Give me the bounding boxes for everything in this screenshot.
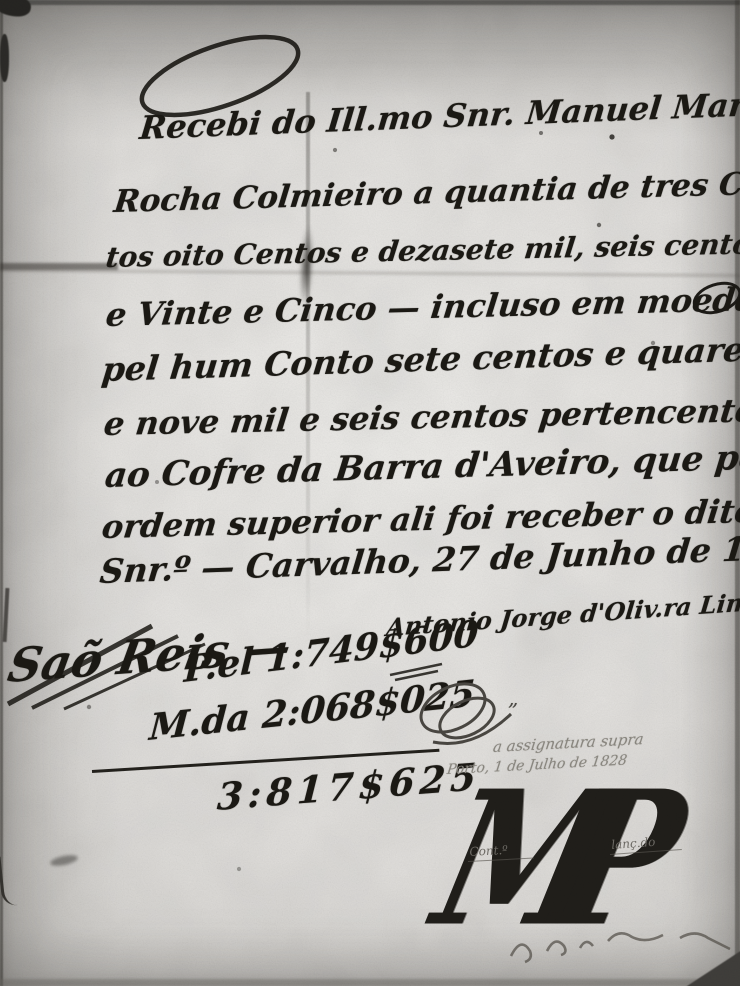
side-note-right: lanç.do (609, 833, 682, 855)
receipt-line: Rocha Colmieiro a quantia de tres Con- (112, 166, 740, 221)
receipt-line: e nove mil e seis centos pertencentes (102, 392, 740, 443)
scan-edge-left (0, 0, 3, 986)
horizontal-fold-crease-left (0, 263, 118, 270)
receipt-line: ao Cofre da Barra d'Aveiro, que por (103, 438, 740, 496)
total-amount: 3:817$625 (216, 755, 482, 819)
receipt-line: pel hum Conto sete centos e quarenta (100, 329, 740, 389)
side-note-left: Cont.º (467, 842, 534, 862)
folded-corner-shadow (684, 950, 740, 986)
ditto-marks: „ (508, 686, 518, 710)
scan-edge-top (0, 0, 740, 5)
ink-specks (0, 0, 2, 2)
receipt-line: e Vinte e Cinco — incluso em moeda pa- (104, 279, 740, 333)
smudge-mark (49, 853, 78, 868)
scan-edge-bottom (0, 979, 740, 986)
scanned-document-photo: Recebi do Ill.mo Snr. Manuel Maria da Ro… (0, 0, 740, 986)
receipt-line: tos oito Centos e dezasete mil, seis cen… (104, 228, 740, 274)
left-edge-mark (0, 34, 9, 82)
corner-ink-blob (0, 0, 33, 19)
